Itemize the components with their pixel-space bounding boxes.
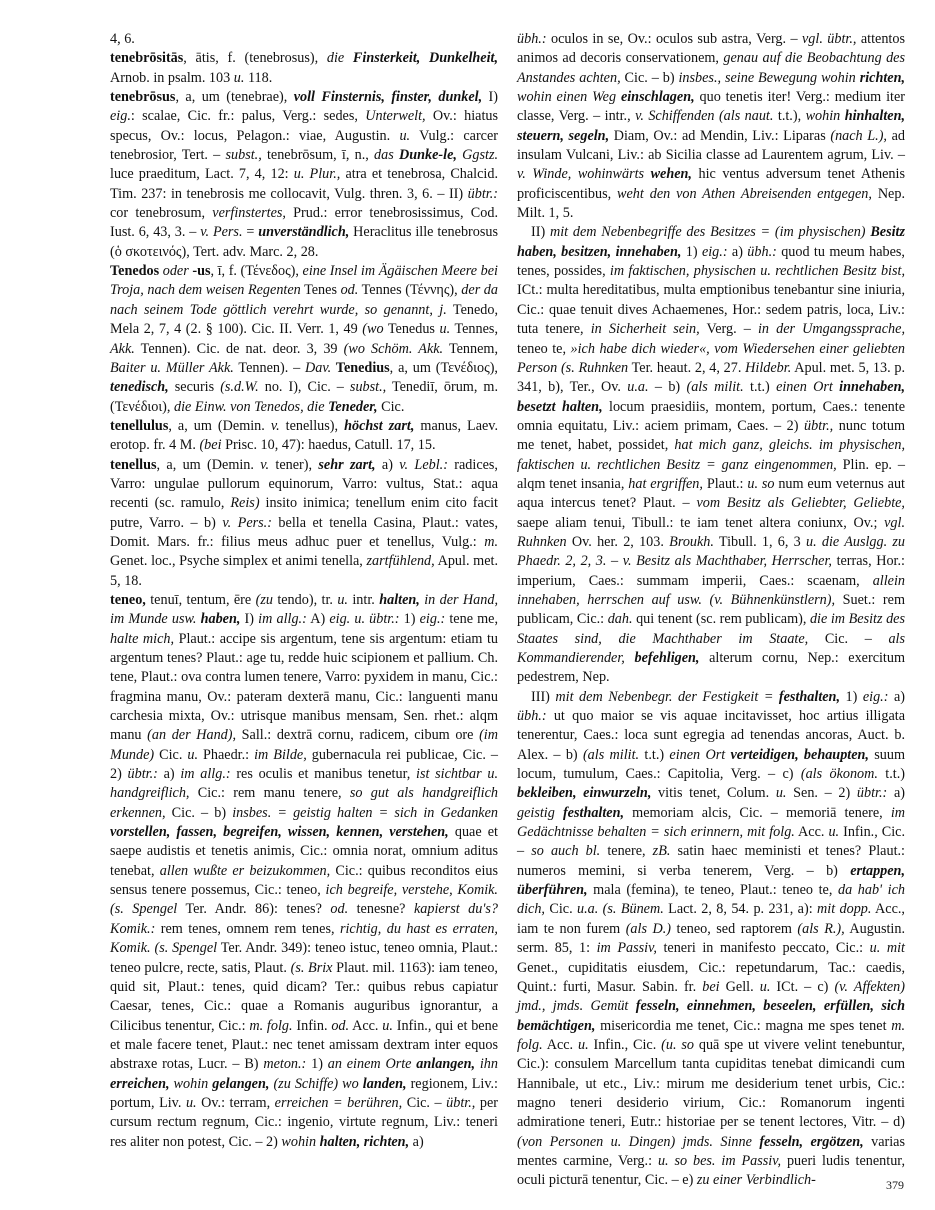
entry-text: III)	[531, 689, 555, 705]
entry-text: Cic.	[378, 399, 405, 415]
entry-text: Cic.	[545, 901, 577, 917]
entry-text: Plaut.:	[703, 476, 747, 492]
entry-text: (zu Schiffe) wo	[269, 1076, 362, 1092]
entry-text: u. mit	[870, 940, 905, 956]
entry-text: (wo	[362, 321, 383, 337]
entry-text: 1)	[306, 1056, 327, 1072]
entry-text: Acc.	[543, 1037, 578, 1053]
emphasized-term: haben,	[201, 611, 241, 627]
emphasized-term: gelangen,	[212, 1076, 269, 1092]
entry-text: tenere,	[600, 843, 652, 859]
entry-text: , a, um (Τενέδιος),	[390, 360, 498, 376]
entry-text: bei	[702, 979, 719, 995]
emphasized-term: anlangen,	[416, 1056, 475, 1072]
entry-text: eig.:	[863, 689, 889, 705]
entry-text: Baiter u. Müller Akk.	[110, 360, 234, 376]
entry-text: geistig	[517, 805, 563, 821]
entry-text: erreichen = berühren,	[275, 1095, 403, 1111]
entry-text: Verg. –	[700, 321, 758, 337]
entry-text: Tennes,	[450, 321, 498, 337]
entry-text: dah.	[608, 611, 633, 627]
entry-text: halte mich,	[110, 631, 174, 647]
entry-text: übtr.,	[804, 418, 833, 434]
dictionary-entry: tenellulus, a, um (Demin. v. tenellus), …	[110, 417, 498, 456]
entry-text: u.	[760, 979, 771, 995]
entry-text: oder	[159, 263, 192, 279]
entry-text: wohin einen Weg	[517, 89, 621, 105]
entry-text: Infin., Cic.	[589, 1037, 662, 1053]
entry-text: subst.,	[225, 147, 261, 163]
entry-text: hat ergriffen,	[628, 476, 703, 492]
emphasized-term: fesseln, ergötzen,	[759, 1134, 863, 1150]
dictionary-entry: teneo, tenuī, tentum, ēre (zu tendo), tr…	[110, 591, 498, 1152]
entry-text: v. Pers.:	[222, 515, 272, 531]
entry-text: tener),	[269, 457, 318, 473]
entry-text: Infin.	[293, 1018, 332, 1034]
dictionary-entry: tenellus, a, um (Demin. v. tener), sehr …	[110, 456, 498, 591]
emphasized-term: landen,	[363, 1076, 407, 1092]
entry-text: die Einw. von Tenedos, die	[174, 399, 328, 415]
entry-text: weht den von Athen Abreisenden entgegen,	[617, 186, 872, 202]
entry-text: tene me,	[445, 611, 498, 627]
entry-text: (als ökonom.	[801, 766, 878, 782]
entry-text: übtr.:	[857, 785, 887, 801]
entry-text: 1)	[840, 689, 863, 705]
entry-text: u.	[187, 747, 198, 763]
emphasized-term: erreichen,	[110, 1076, 170, 1092]
entry-text: I)	[240, 611, 258, 627]
entry-text: meton.:	[263, 1056, 306, 1072]
entry-text: Diam, Ov.: ad Mendin, Liv.: Liparas	[609, 128, 830, 144]
entry-text: mala (femina), te teneo, Plaut.: teneo t…	[588, 882, 838, 898]
entry-text: u.	[234, 70, 245, 86]
entry-text: Cic.	[154, 747, 187, 763]
entry-text: t.t.)	[878, 766, 905, 782]
entry-text: t.t.)	[744, 379, 776, 395]
entry-text: t.t.)	[639, 747, 669, 763]
entry-text: t.t.),	[773, 108, 805, 124]
entry-text: Cic.: rem manu tenere,	[189, 785, 349, 801]
entry-text: Phaedr.:	[198, 747, 254, 763]
page-number: 379	[886, 1178, 904, 1193]
entry-text: Dav.	[305, 360, 331, 376]
entry-text: od.	[331, 1018, 349, 1034]
entry-text: u.a. (s. Bünem.	[577, 901, 664, 917]
entry-text: a)	[888, 689, 905, 705]
entry-text: , ātis, f. (tenebrosus),	[183, 50, 327, 66]
entry-text: Tennen). Cic. de nat. deor. 3, 39	[135, 341, 344, 357]
entry-text: im Bilde,	[254, 747, 307, 763]
entry-text: Acc.	[795, 824, 829, 840]
entry-text: im allg.:	[180, 766, 230, 782]
entry-text: 1)	[681, 244, 702, 260]
entry-text: das	[374, 147, 399, 163]
emphasized-term: bekleiben, einwurzeln,	[517, 785, 651, 801]
entry-text: zartfühlend,	[367, 553, 435, 569]
entry-text: Gell.	[720, 979, 760, 995]
entry-text: – b)	[649, 379, 687, 395]
entry-text: Hildebr.	[745, 360, 791, 376]
dictionary-entry: übh.: oculos in se, Ov.: oculos sub astr…	[517, 30, 905, 223]
entry-text: die	[327, 50, 353, 66]
entry-text: : scalae, Cic. fr.: palus, Verg.: sedes,	[131, 108, 365, 124]
entry-text: übtr.:	[128, 766, 158, 782]
entry-text: vom Besitz als Geliebter, Geliebte,	[696, 495, 905, 511]
entry-text: teneo, sed raptorem	[671, 921, 797, 937]
entry-text: (wo Schöm. Akk.	[344, 341, 443, 357]
entry-text: , a, um (tenebrae),	[175, 89, 293, 105]
emphasized-term: tenebrōsitās	[110, 50, 183, 66]
entry-text: Ov. her. 2, 103.	[567, 534, 670, 550]
entry-text: tendo), tr.	[273, 592, 337, 608]
entry-text: Sen. – 2)	[786, 785, 856, 801]
entry-text: Arnob. in psalm. 103	[110, 70, 234, 86]
entry-text: in der Umgangssprache,	[758, 321, 905, 337]
entry-text: u.	[186, 1095, 197, 1111]
entry-text: wohin	[170, 1076, 213, 1092]
entry-text: Tennen). –	[234, 360, 305, 376]
entry-text: übh.:	[517, 708, 547, 724]
entry-text: rem tenes, omnem rem tenes,	[155, 921, 340, 937]
dictionary-entry: 4, 6.	[110, 30, 498, 49]
entry-text: im Passiv,	[597, 940, 657, 956]
entry-text: I)	[482, 89, 498, 105]
entry-text: übtr.,	[446, 1095, 475, 1111]
entry-text: u.	[776, 785, 787, 801]
entry-text: Acc.	[349, 1018, 382, 1034]
entry-text: Cic. – b)	[166, 805, 233, 821]
emphasized-term: sehr zart,	[318, 457, 375, 473]
entry-text: Genet. loc., Psyche simplex et animi ten…	[110, 553, 367, 569]
entry-text: Ter. Andr. 86): tenes?	[177, 901, 330, 917]
entry-text: Cic. –	[808, 631, 888, 647]
emphasized-term: Tenedos	[110, 263, 159, 279]
dictionary-entry: Tenedos oder -us, ī, f. (Τένεδος), eine …	[110, 262, 498, 417]
entry-text: u.	[440, 321, 451, 337]
entry-text: , a, um (Demin.	[168, 418, 271, 434]
entry-text: Lact. 2, 8, 54. p. 231, a):	[664, 901, 817, 917]
entry-text: vgl. übtr.,	[802, 31, 856, 47]
entry-text: (als milit.	[686, 379, 743, 395]
entry-text: 118.	[244, 70, 272, 86]
entry-text: 1)	[400, 611, 420, 627]
entry-text: wohin	[806, 108, 845, 124]
emphasized-term: Finsterkeit, Dunkelheit,	[353, 50, 498, 66]
entry-text: ihn	[475, 1056, 498, 1072]
emphasized-term: Teneder,	[328, 399, 378, 415]
emphasized-term: -us	[192, 263, 210, 279]
entry-text: Reis)	[230, 495, 259, 511]
entry-text: u. Plur.,	[294, 166, 341, 182]
entry-text: einen Ort	[669, 747, 730, 763]
emphasized-term: tenellus	[110, 457, 157, 473]
emphasized-term: wehen,	[651, 166, 692, 182]
entry-text: tenesne?	[348, 901, 414, 917]
dictionary-entry: tenebrōsus, a, um (tenebrae), voll Finst…	[110, 88, 498, 262]
entry-text: luce praeditum, Lact. 7, 4, 12:	[110, 166, 294, 182]
entry-text: v. Pers.	[200, 224, 242, 240]
entry-text: teneri in manifesto peccato, Cic.:	[657, 940, 870, 956]
entry-text: securis	[169, 379, 220, 395]
entry-text: v.	[260, 457, 269, 473]
emphasized-term: unverständlich,	[258, 224, 349, 240]
entry-text: od.	[341, 282, 359, 298]
entry-text: in Sicherheit sein,	[591, 321, 700, 337]
entry-text: übtr.:	[468, 186, 498, 202]
entry-text: v. Lebl.:	[399, 457, 448, 473]
emphasized-term: richten,	[860, 70, 905, 86]
entry-text: eig. u. übtr.:	[329, 611, 399, 627]
entry-text: Cic. – b)	[621, 70, 679, 86]
emphasized-term: einschlagen,	[621, 89, 695, 105]
entry-text: u.	[828, 824, 839, 840]
entry-text: v. Schiffenden (als naut.	[635, 108, 773, 124]
entry-text: (u. so	[661, 1037, 694, 1053]
entry-text: u.	[399, 128, 410, 144]
entry-text: a)	[376, 457, 400, 473]
entry-text: Ter. heaut. 2, 4, 27.	[628, 360, 745, 376]
entry-text: verfinstertes,	[212, 205, 286, 221]
emphasized-term: verteidigen, behaupten,	[730, 747, 869, 763]
entry-text: (bei	[199, 437, 221, 453]
emphasized-term: Tenedius	[331, 360, 389, 376]
entry-text: (nach L.),	[830, 128, 887, 144]
entry-text: u.	[337, 592, 348, 608]
entry-text: saepe aliam tenui, Tibull.: te iam tenet…	[517, 515, 884, 531]
entry-text: u.	[578, 1037, 589, 1053]
entry-text: Unterwelt,	[365, 108, 425, 124]
entry-text: subst.,	[350, 379, 386, 395]
entry-text: cor tenebrosum,	[110, 205, 212, 221]
entry-text: A)	[307, 611, 329, 627]
entry-text: v.	[271, 418, 280, 434]
entry-text: so auch bl.	[531, 843, 600, 859]
entry-text: mit dopp.	[817, 901, 871, 917]
entry-text: u.a.	[627, 379, 648, 395]
entry-text: eig.	[110, 108, 131, 124]
entry-text: =	[243, 224, 259, 240]
emphasized-term: tenedisch,	[110, 379, 169, 395]
entry-text: Ggstz.	[457, 147, 498, 163]
entry-text: Sall.: dextrā cornu, radicem, cibum ore	[236, 727, 479, 743]
entry-text: Broukh.	[669, 534, 714, 550]
entry-text: v. Winde, wohinwärts	[517, 166, 651, 182]
entry-text: übh.:	[517, 31, 547, 47]
emphasized-term: halten, richten,	[320, 1134, 409, 1150]
entry-text: zB.	[653, 843, 671, 859]
emphasized-term: tenebrōsus	[110, 89, 175, 105]
entry-text: (als R.),	[797, 921, 844, 937]
emphasized-term: befehligen,	[634, 650, 699, 666]
entry-text: qui tenent (sc. rem publicam),	[633, 611, 810, 627]
entry-text: 4, 6.	[110, 31, 135, 47]
emphasized-term: halten,	[379, 592, 420, 608]
emphasized-term: vorstellen, fassen, begreifen, wissen, k…	[110, 824, 449, 840]
dictionary-entry: III) mit dem Nebenbegr. der Festigkeit =…	[517, 688, 905, 1191]
entry-text: (s. Brix	[291, 960, 333, 976]
entry-text: zu einer Verbindlich-	[697, 1172, 816, 1188]
entry-text: Cic. –	[402, 1095, 446, 1111]
emphasized-term: festhalten,	[779, 689, 840, 705]
entry-text: oculos in se, Ov.: oculos sub astra, Ver…	[547, 31, 802, 47]
entry-text: (an der Hand),	[147, 727, 236, 743]
entry-text: vitis tenet, Colum.	[651, 785, 775, 801]
emphasized-term: teneo,	[110, 592, 146, 608]
entry-text: m.	[484, 534, 498, 550]
entry-text: an einem Orte	[328, 1056, 417, 1072]
entry-text: Tennem,	[443, 341, 498, 357]
entry-text: memoriam alcis, Cic. – memoriā tenere,	[624, 805, 891, 821]
entry-text: Ov.: terram,	[197, 1095, 275, 1111]
entry-text: (s.d.W.	[220, 379, 259, 395]
entry-text: a)	[887, 785, 905, 801]
dictionary-entry: tenebrōsitās, ātis, f. (tenebrosus), die…	[110, 49, 498, 88]
emphasized-term: tenellulus	[110, 418, 168, 434]
entry-text: teneo te,	[517, 341, 571, 357]
entry-text: od.	[330, 901, 348, 917]
entry-text: a)	[728, 244, 748, 260]
dictionary-entry: II) mit dem Nebenbegriffe des Besitzes =…	[517, 223, 905, 687]
entry-text: intr.	[348, 592, 379, 608]
entry-text: eig.:	[702, 244, 728, 260]
entry-text: tenellus),	[280, 418, 344, 434]
entry-text: (als D.)	[626, 921, 671, 937]
entry-text: no. I), Cic. –	[259, 379, 350, 395]
entry-text: a)	[158, 766, 180, 782]
entry-text: im allg.:	[258, 611, 307, 627]
entry-text: Akk.	[110, 341, 135, 357]
entry-text: u. so	[747, 476, 774, 492]
entry-text: einen Ort	[776, 379, 839, 395]
entry-text: u. so bes. im Passiv,	[658, 1153, 781, 1169]
entry-text: II)	[531, 224, 550, 240]
entry-text: allen wußte er beizukommen,	[160, 863, 330, 879]
text-column-left: 4, 6.tenebrōsitās, ātis, f. (tenebrosus)…	[110, 30, 498, 1152]
entry-text: , a, um (Demin.	[157, 457, 261, 473]
entry-text: mit dem Nebenbegr. der Festigkeit =	[555, 689, 778, 705]
entry-text: res oculis et manibus tenetur,	[231, 766, 416, 782]
entry-text: insbes. = geistig halten = sich in Gedan…	[232, 805, 498, 821]
entry-text: , ī, f. (Τένεδος),	[210, 263, 302, 279]
entry-text: ICt. – c)	[770, 979, 834, 995]
entry-text: im faktischen, physischen u. rechtlichen…	[610, 263, 905, 279]
emphasized-term: festhalten,	[563, 805, 624, 821]
entry-text: misericordia me tenet, Cic.: magna me sp…	[595, 1018, 891, 1034]
entry-text: (als milit.	[583, 747, 639, 763]
entry-text: a)	[409, 1134, 424, 1150]
entry-text: eig.:	[420, 611, 446, 627]
text-column-right: übh.: oculos in se, Ov.: oculos sub astr…	[517, 30, 905, 1191]
emphasized-term: voll Finsternis, finster, dunkel,	[294, 89, 482, 105]
entry-text: Tenedus	[384, 321, 440, 337]
entry-text: Tenes	[301, 282, 341, 298]
emphasized-term: Dunke-le,	[399, 147, 457, 163]
entry-text: insbes., seine Bewegung wohin	[678, 70, 859, 86]
entry-text: Tennes (Τέννης),	[358, 282, 461, 298]
entry-text: u.	[382, 1018, 393, 1034]
entry-text: wohin	[281, 1134, 319, 1150]
entry-text: mit dem Nebenbegriffe des Besitzes = (im…	[550, 224, 870, 240]
entry-text: Tibull. 1, 6, 3	[714, 534, 806, 550]
entry-text: Prisc. 10, 47): haedus, Catull. 17, 15.	[222, 437, 436, 453]
entry-text: (zu	[256, 592, 273, 608]
entry-text: tenebrōsum, ī, n.,	[262, 147, 374, 163]
entry-text: übh.:	[747, 244, 777, 260]
entry-text: tenuī, tentum, ēre	[146, 592, 256, 608]
entry-text: (von Personen u. Dingen) jmds. Sinne	[517, 1134, 759, 1150]
emphasized-term: höchst zart,	[344, 418, 414, 434]
entry-text: m. folg.	[249, 1018, 292, 1034]
